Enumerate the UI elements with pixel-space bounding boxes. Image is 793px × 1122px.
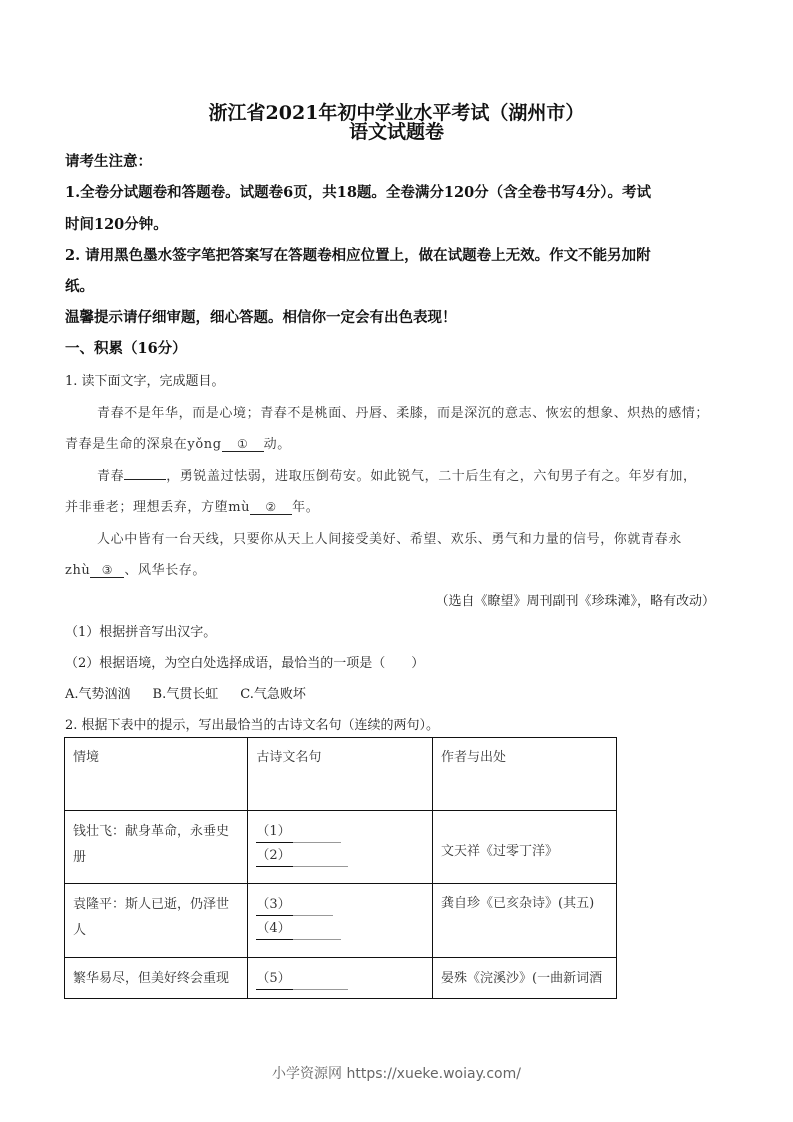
answer-number: （1） bbox=[256, 822, 292, 843]
q1-p2-line2-post: 年。 bbox=[292, 500, 319, 515]
q1-prompt: 1. 读下面文字，完成题目。 bbox=[65, 370, 225, 389]
answer-line-4[interactable]: （4） bbox=[256, 916, 426, 940]
context-cell: 钱壮飞：献身革命，永垂史 册 bbox=[65, 811, 248, 884]
answer-blank[interactable] bbox=[293, 865, 348, 867]
answer-line-2[interactable]: （2） bbox=[256, 843, 426, 867]
answer-number: （2） bbox=[256, 846, 292, 867]
q1-p2-line2-pre: 并非垂老；理想丢弃，方堕mù bbox=[65, 500, 250, 515]
q1-p3-line2-post: 、风华长存。 bbox=[124, 563, 206, 578]
source-cell: 龚自珍《已亥杂诗》(其五) bbox=[433, 884, 617, 958]
option-a[interactable]: A.气势汹汹 bbox=[65, 687, 131, 702]
header-author-source: 作者与出处 bbox=[433, 738, 617, 811]
exam-subtitle: 语文试题卷 bbox=[0, 117, 793, 144]
table-row: 袁隆平：斯人已逝，仍泽世 人 （3） （4） 龚自珍《已亥杂诗》(其五) bbox=[65, 884, 617, 958]
context-cell: 袁隆平：斯人已逝，仍泽世 人 bbox=[65, 884, 248, 958]
q1-sub-question-1: （1）根据拼音写出汉字。 bbox=[65, 621, 216, 640]
q1-p1-text-pre: 青春是生命的深泉在yǒng bbox=[65, 437, 222, 452]
answer-blank[interactable] bbox=[293, 988, 348, 990]
q1-p2-text-pre: 青春 bbox=[97, 469, 124, 484]
q1-p1-text-post: 动。 bbox=[264, 437, 291, 452]
q1-options: A.气势汹汹B.气贯长虹C.气急败坏 bbox=[65, 683, 306, 702]
q1-p2-text-post: ，勇锐盖过怯弱，进取压倒苟安。如此锐气，二十后生有之，六旬男子有之。年岁有加， bbox=[166, 469, 696, 484]
blank-1[interactable]: ① bbox=[222, 437, 264, 452]
source-text: 晏殊《浣溪沙》(一曲新词酒 bbox=[441, 966, 610, 992]
answer-number: （3） bbox=[256, 895, 292, 916]
context-line-2: 册 bbox=[73, 845, 241, 871]
answer-cell: （3） （4） bbox=[248, 884, 433, 958]
blank-2[interactable]: ② bbox=[250, 500, 292, 515]
footer-watermark: 小学资源网 https://xueke.woiay.com/ bbox=[0, 1063, 793, 1083]
q1-paragraph-1-line-2: 青春是生命的深泉在yǒng①动。 bbox=[65, 433, 291, 452]
section-1-heading: 一、积累（16分） bbox=[65, 337, 187, 358]
source-cell: 文天祥《过零丁洋》 bbox=[433, 811, 617, 884]
notice-item-2-line-2: 纸。 bbox=[65, 275, 94, 296]
notice-item-2-line-1: 2. 请用黑色墨水签字笔把答案写在答题卷相应位置上，做在试题卷上无效。作文不能另… bbox=[65, 244, 651, 265]
answer-line-1[interactable]: （1） bbox=[256, 819, 426, 843]
q1-paragraph-1-line-1: 青春不是年华，而是心境；青春不是桃面、丹唇、柔膝，而是深沉的意志、恢宏的想象、炽… bbox=[97, 402, 709, 421]
table-row: 钱壮飞：献身革命，永垂史 册 （1） （2） 文天祥《过零丁洋》 bbox=[65, 811, 617, 884]
answer-blank[interactable] bbox=[293, 914, 333, 916]
poetry-table: 情境 古诗文名句 作者与出处 钱壮飞：献身革命，永垂史 册 （1） （2） 文天… bbox=[64, 737, 617, 999]
table-header-row: 情境 古诗文名句 作者与出处 bbox=[65, 738, 617, 811]
option-b[interactable]: B.气贯长虹 bbox=[153, 687, 219, 702]
answer-cell: （5） bbox=[248, 958, 433, 999]
option-c[interactable]: C.气急败坏 bbox=[240, 687, 306, 702]
notice-item-1-line-1: 1.全卷分试题卷和答题卷。试题卷6页，共18题。全卷满分120分（含全卷书写4分… bbox=[65, 181, 651, 202]
source-cell: 晏殊《浣溪沙》(一曲新词酒 bbox=[433, 958, 617, 999]
answer-number: （5） bbox=[256, 969, 292, 990]
answer-blank[interactable] bbox=[293, 938, 341, 940]
q1-paragraph-2-line-2: 并非垂老；理想丢弃，方堕mù②年。 bbox=[65, 496, 319, 515]
answer-line-3[interactable]: （3） bbox=[256, 892, 426, 916]
q1-paragraph-2-line-1: 青春，勇锐盖过怯弱，进取压倒苟安。如此锐气，二十后生有之，六旬男子有之。年岁有加… bbox=[97, 465, 697, 484]
blank-3[interactable]: ③ bbox=[90, 563, 124, 578]
q1-paragraph-3-line-2: zhù③、风华长存。 bbox=[65, 559, 206, 578]
q2-prompt: 2. 根据下表中的提示，写出最恰当的古诗文名句（连续的两句）。 bbox=[65, 714, 439, 733]
context-line-1: 繁华易尽，但美好终会重现 bbox=[73, 966, 241, 992]
answer-blank[interactable] bbox=[293, 841, 341, 843]
q1-p3-line2-pre: zhù bbox=[65, 563, 90, 578]
answer-line-5[interactable]: （5） bbox=[256, 966, 426, 990]
notice-heading: 请考生注意： bbox=[65, 150, 152, 171]
q1-paragraph-3-line-1: 人心中皆有一台天线，只要你从天上人间接受美好、希望、欢乐、勇气和力量的信号，你就… bbox=[97, 528, 682, 547]
answer-cell: （1） （2） bbox=[248, 811, 433, 884]
passage-source: （选自《瞭望》周刊副刊《珍珠滩》，略有改动） bbox=[435, 590, 715, 609]
context-cell: 繁华易尽，但美好终会重现 bbox=[65, 958, 248, 999]
table-row: 繁华易尽，但美好终会重现 （5） 晏殊《浣溪沙》(一曲新词酒 bbox=[65, 958, 617, 999]
notice-tip: 温馨提示请仔细审题，细心答题。相信你一定会有出色表现！ bbox=[65, 306, 457, 327]
context-line-1: 钱壮飞：献身革命，永垂史 bbox=[73, 819, 241, 845]
context-line-1: 袁隆平：斯人已逝，仍泽世 bbox=[73, 892, 241, 918]
q1-sub-question-2: （2）根据语境，为空白处选择成语，最恰当的一项是（ ） bbox=[65, 652, 424, 671]
header-poem-line: 古诗文名句 bbox=[248, 738, 433, 811]
context-line-2: 人 bbox=[73, 918, 241, 944]
idiom-blank[interactable] bbox=[124, 479, 166, 480]
notice-item-1-line-2: 时间120分钟。 bbox=[65, 213, 168, 234]
header-context: 情境 bbox=[65, 738, 248, 811]
answer-number: （4） bbox=[256, 919, 292, 940]
